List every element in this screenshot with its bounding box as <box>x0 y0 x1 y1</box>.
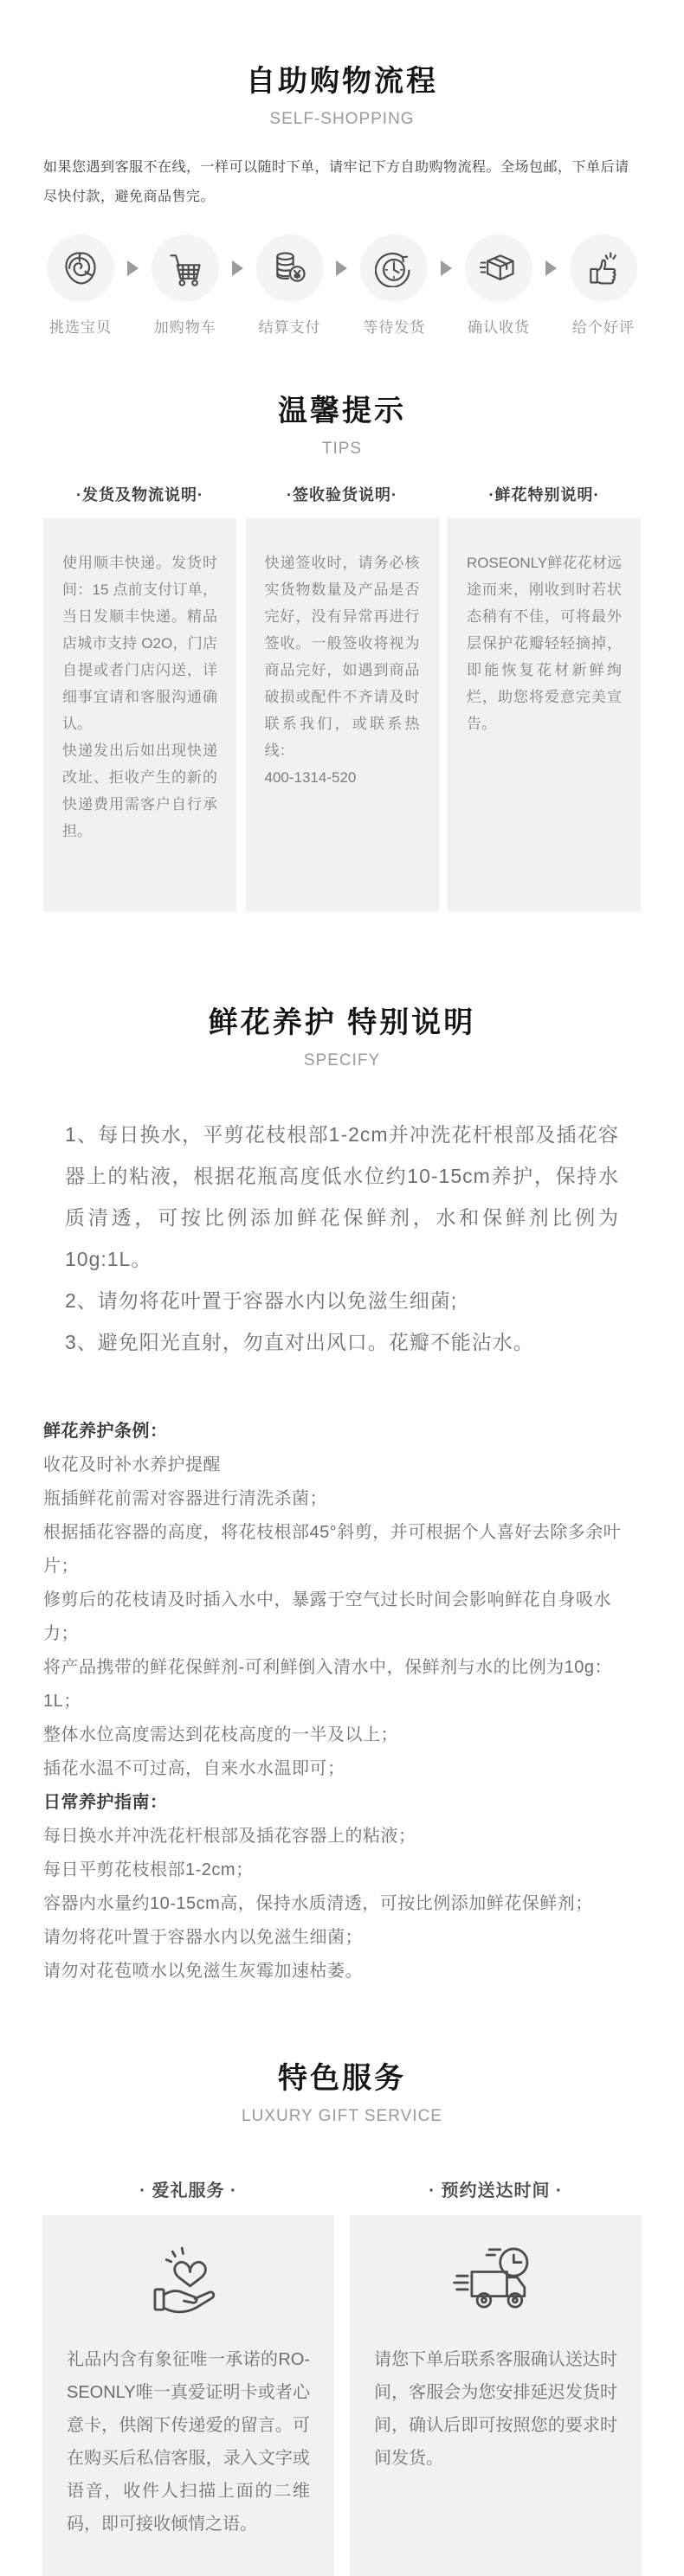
tip-column-inspection: ·签收验货说明· 快递签收时，请务必核实货物数量及产品是否完好，没有异常再进行签… <box>246 483 439 912</box>
flow-step-label: 确认收货 <box>468 315 530 337</box>
care-title: 鲜花养护 特别说明 <box>0 999 684 1041</box>
daily-care-rule: 每日换水并冲洗花杆根部及插花容器上的粘液； <box>43 1820 641 1853</box>
service-card-heading: · 预约送达时间 · <box>350 2176 642 2201</box>
flow-step-label: 挑选宝贝 <box>49 315 112 337</box>
daily-care-rule: 每日平剪花枝根部1-2cm； <box>43 1853 641 1887</box>
flow-step-label: 结算支付 <box>259 315 321 337</box>
flow-step-add-to-cart: 加购物车 <box>148 234 223 337</box>
self-shopping-subtitle: SELF-SHOPPING <box>0 110 684 129</box>
care-rules-block: 鲜花养护条例： 收花及时补水养护提醒 瓶插鲜花前需对容器进行清洗杀菌； 根据插花… <box>43 1415 641 1988</box>
flow-step-label: 加购物车 <box>154 315 216 337</box>
flow-step-label: 等待发货 <box>363 315 425 337</box>
package-icon-circle <box>465 234 532 302</box>
services-section: 特色服务 LUXURY GIFT SERVICE · 爱礼服务 · <box>0 2054 684 2576</box>
tip-column-flower-note: ·鲜花特别说明· ROSEONLY鲜花花材远途而来，刚收到时若状态稍有不佳，可将… <box>448 483 641 912</box>
care-list-item: 1、每日换水，平剪花枝根部1-2cm并冲洗花杆根部及插花容器上的粘液，根据花瓶高… <box>65 1114 619 1280</box>
tip-paragraph: 快递发出后如出现快递改址、拒收产生的新的快递费用需客户自行承担。 <box>62 737 217 845</box>
coins-pay-icon-circle <box>256 234 324 302</box>
cart-icon <box>166 249 204 287</box>
tip-box-inspection: 快递签收时，请务必核实货物数量及产品是否完好，没有异常再进行签收。一般签收将视为… <box>246 518 439 912</box>
flower-care-section: 鲜花养护 特别说明 SPECIFY 1、每日换水，平剪花枝根部1-2cm并冲洗花… <box>0 999 684 1988</box>
service-cards: · 爱礼服务 · 礼品内含有象征唯一承诺的RO-SEONLY唯一真爱证明卡或者心… <box>42 2176 642 2576</box>
flow-step-confirm-receipt: 确认收货 <box>461 234 536 337</box>
rose-icon <box>61 249 100 287</box>
care-subtitle: SPECIFY <box>0 1051 684 1070</box>
service-box-gift: 礼品内含有象征唯一承诺的RO-SEONLY唯一真爱证明卡或者心意卡，供阁下传递爱… <box>42 2215 334 2576</box>
shopping-flow: 挑选宝贝 加购物车 <box>43 234 641 337</box>
stopwatch-icon <box>375 249 413 287</box>
stopwatch-icon-circle <box>360 234 428 302</box>
arrow-right-icon <box>441 260 452 276</box>
arrow-right-icon <box>545 260 557 276</box>
service-card-gift: · 爱礼服务 · 礼品内含有象征唯一承诺的RO-SEONLY唯一真爱证明卡或者心… <box>42 2176 334 2576</box>
tip-heading: ·发货及物流说明· <box>43 483 236 505</box>
flow-step-wait-shipping: 等待发货 <box>357 234 431 337</box>
daily-care-heading: 日常养护指南： <box>43 1786 641 1820</box>
tips-subtitle: TIPS <box>0 440 684 459</box>
care-rules-heading: 鲜花养护条例： <box>43 1415 641 1449</box>
tip-paragraph: 快递签收时，请务必核实货物数量及产品是否完好，没有异常再进行签收。一般签收将视为… <box>265 549 420 764</box>
tip-hotline-number: 400-1314-520 <box>265 764 420 791</box>
service-card-heading: · 爱礼服务 · <box>42 2176 334 2201</box>
care-rule: 收花及时补水养护提醒 <box>43 1449 641 1482</box>
rose-icon-circle <box>47 234 114 302</box>
care-rule: 将产品携带的鲜花保鲜剂-可利鲜倒入清水中，保鲜剂与水的比例为10g：1L； <box>43 1651 641 1718</box>
services-title: 特色服务 <box>0 2054 684 2097</box>
care-numbered-list: 1、每日换水，平剪花枝根部1-2cm并冲洗花杆根部及插花容器上的粘液，根据花瓶高… <box>65 1114 619 1363</box>
care-rule: 插花水温不可过高，自来水水温即可； <box>43 1752 641 1786</box>
service-icon-wrap <box>67 2245 310 2321</box>
care-rule: 整体水位高度需达到花枝高度的一半及以上； <box>43 1718 641 1752</box>
tips-title: 温馨提示 <box>0 387 684 429</box>
care-rule: 修剪后的花枝请及时插入水中，暴露于空气过长时间会影响鲜花自身吸水力； <box>43 1584 641 1651</box>
daily-care-rule: 容器内水量约10-15cm高，保持水质清透，可按比例添加鲜花保鲜剂； <box>43 1887 641 1921</box>
hand-heart-icon <box>145 2245 232 2321</box>
service-card-text: 礼品内含有象征唯一承诺的RO-SEONLY唯一真爱证明卡或者心意卡，供阁下传递爱… <box>67 2343 310 2541</box>
arrow-right-icon <box>336 260 347 276</box>
tips-columns: ·发货及物流说明· 使用顺丰快递。发货时间：15 点前支付订单，当日发顺丰快递。… <box>43 483 641 912</box>
cart-icon-circle <box>152 234 219 302</box>
self-shopping-title: 自助购物流程 <box>0 57 684 100</box>
tip-column-shipping: ·发货及物流说明· 使用顺丰快递。发货时间：15 点前支付订单，当日发顺丰快递。… <box>43 483 236 912</box>
thumbs-up-icon-circle <box>570 234 637 302</box>
flow-step-pick-item: 挑选宝贝 <box>43 234 118 337</box>
service-box-scheduled-delivery: 请您下单后联系客服确认送达时间，客服会为您安排延迟发货时间，确认后即可按照您的要… <box>350 2215 642 2576</box>
flow-step-good-review: 给个好评 <box>566 234 641 337</box>
flow-step-label: 给个好评 <box>572 315 635 337</box>
product-detail-page: 自助购物流程 SELF-SHOPPING 如果您遇到客服不在线，一样可以随时下单… <box>0 0 684 2576</box>
delivery-truck-clock-icon <box>453 2245 539 2321</box>
tips-section: 温馨提示 TIPS ·发货及物流说明· 使用顺丰快递。发货时间：15 点前支付订… <box>0 387 684 912</box>
self-shopping-intro: 如果您遇到客服不在线，一样可以随时下单，请牢记下方自助购物流程。全场包邮，下单后… <box>43 153 641 212</box>
thumbs-up-icon <box>584 249 623 287</box>
tip-paragraph: ROSEONLY鲜花花材远途而来，刚收到时若状态稍有不佳，可将最外层保护花瓣轻轻… <box>467 549 622 737</box>
service-card-scheduled-delivery: · 预约送达时间 · <box>350 2176 642 2576</box>
daily-care-rule: 请勿对花苞喷水以免滋生灰霉加速枯萎。 <box>43 1955 641 1988</box>
tip-paragraph: 使用顺丰快递。发货时间：15 点前支付订单，当日发顺丰快递。精品店城市支持 O2… <box>62 549 217 737</box>
arrow-right-icon <box>232 260 243 276</box>
tip-box-shipping: 使用顺丰快递。发货时间：15 点前支付订单，当日发顺丰快递。精品店城市支持 O2… <box>43 518 236 912</box>
care-rule: 瓶插鲜花前需对容器进行清洗杀菌； <box>43 1482 641 1516</box>
care-list-item: 3、避免阳光直射，勿直对出风口。花瓣不能沾水。 <box>65 1321 619 1363</box>
service-card-text: 请您下单后联系客服确认送达时间，客服会为您安排延迟发货时间，确认后即可按照您的要… <box>374 2343 617 2475</box>
daily-care-rule: 请勿将花叶置于容器水内以免滋生细菌； <box>43 1921 641 1955</box>
arrow-right-icon <box>127 260 139 276</box>
flow-step-pay: 结算支付 <box>253 234 327 337</box>
coins-pay-icon <box>271 249 309 287</box>
tip-heading: ·签收验货说明· <box>246 483 439 505</box>
care-rule: 根据插花容器的高度，将花枝根部45°斜剪，并可根据个人喜好去除多余叶片； <box>43 1516 641 1584</box>
services-subtitle: LUXURY GIFT SERVICE <box>0 2107 684 2126</box>
service-icon-wrap <box>374 2245 617 2321</box>
tip-heading: ·鲜花特别说明· <box>448 483 641 505</box>
self-shopping-section: 自助购物流程 SELF-SHOPPING 如果您遇到客服不在线，一样可以随时下单… <box>0 57 684 337</box>
tip-box-flower-note: ROSEONLY鲜花花材远途而来，刚收到时若状态稍有不佳，可将最外层保护花瓣轻轻… <box>448 518 641 912</box>
care-list-item: 2、请勿将花叶置于容器水内以免滋生细菌; <box>65 1280 619 1321</box>
package-icon <box>480 249 518 287</box>
